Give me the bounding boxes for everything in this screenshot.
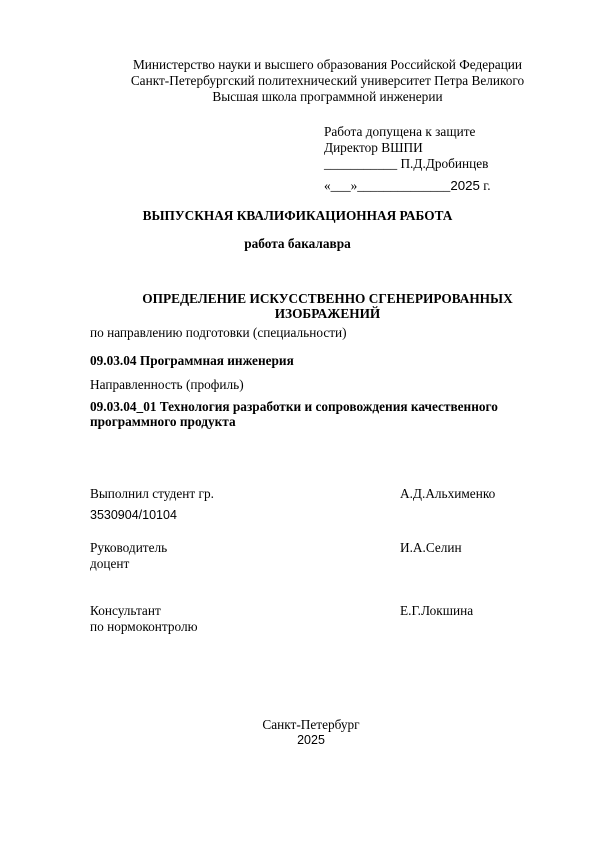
student-role: Выполнил студент гр. <box>90 486 214 502</box>
thesis-title: ОПРЕДЕЛЕНИЕ ИСКУССТВЕННО СГЕНЕРИРОВАННЫХ… <box>100 291 555 321</box>
approval-date-line: «___»______________2025 г. <box>324 178 491 194</box>
approval-date-year: 2025 <box>450 178 480 193</box>
supervisor-role: Руководитель <box>90 540 167 556</box>
work-type: ВЫПУСКНАЯ КВАЛИФИКАЦИОННАЯ РАБОТА <box>0 208 595 224</box>
direction-label: по направлению подготовки (специальности… <box>90 325 347 341</box>
university-name: Санкт-Петербургский политехнический унив… <box>30 73 595 89</box>
footer-city: Санкт-Петербург <box>0 717 595 733</box>
footer-year: 2025 <box>0 733 595 747</box>
consultant-name: Е.Г.Локшина <box>400 603 473 619</box>
ministry-name: Министерство науки и высшего образования… <box>30 57 595 73</box>
approval-date-suffix: г. <box>480 178 491 193</box>
consultant-role: Консультант <box>90 603 161 619</box>
work-subtype: работа бакалавра <box>0 236 595 252</box>
supervisor-title: доцент <box>90 556 129 572</box>
approval-signature-line: ___________ П.Д.Дробинцев <box>324 156 488 172</box>
approval-admitted: Работа допущена к защите <box>324 124 475 140</box>
consultant-subrole: по нормоконтролю <box>90 619 198 635</box>
school-name: Высшая школа программной инженерии <box>30 89 595 105</box>
approval-position: Директор ВШПИ <box>324 140 423 156</box>
student-name: А.Д.Альхименко <box>400 486 495 502</box>
direction-value: 09.03.04 Программная инженерия <box>90 353 294 369</box>
supervisor-name: И.А.Селин <box>400 540 462 556</box>
profile-value: 09.03.04_01 Технология разработки и сопр… <box>90 399 530 429</box>
student-group: 3530904/10104 <box>90 507 177 523</box>
approval-date-blank: «___»______________ <box>324 178 450 193</box>
profile-label: Направленность (профиль) <box>90 377 244 393</box>
